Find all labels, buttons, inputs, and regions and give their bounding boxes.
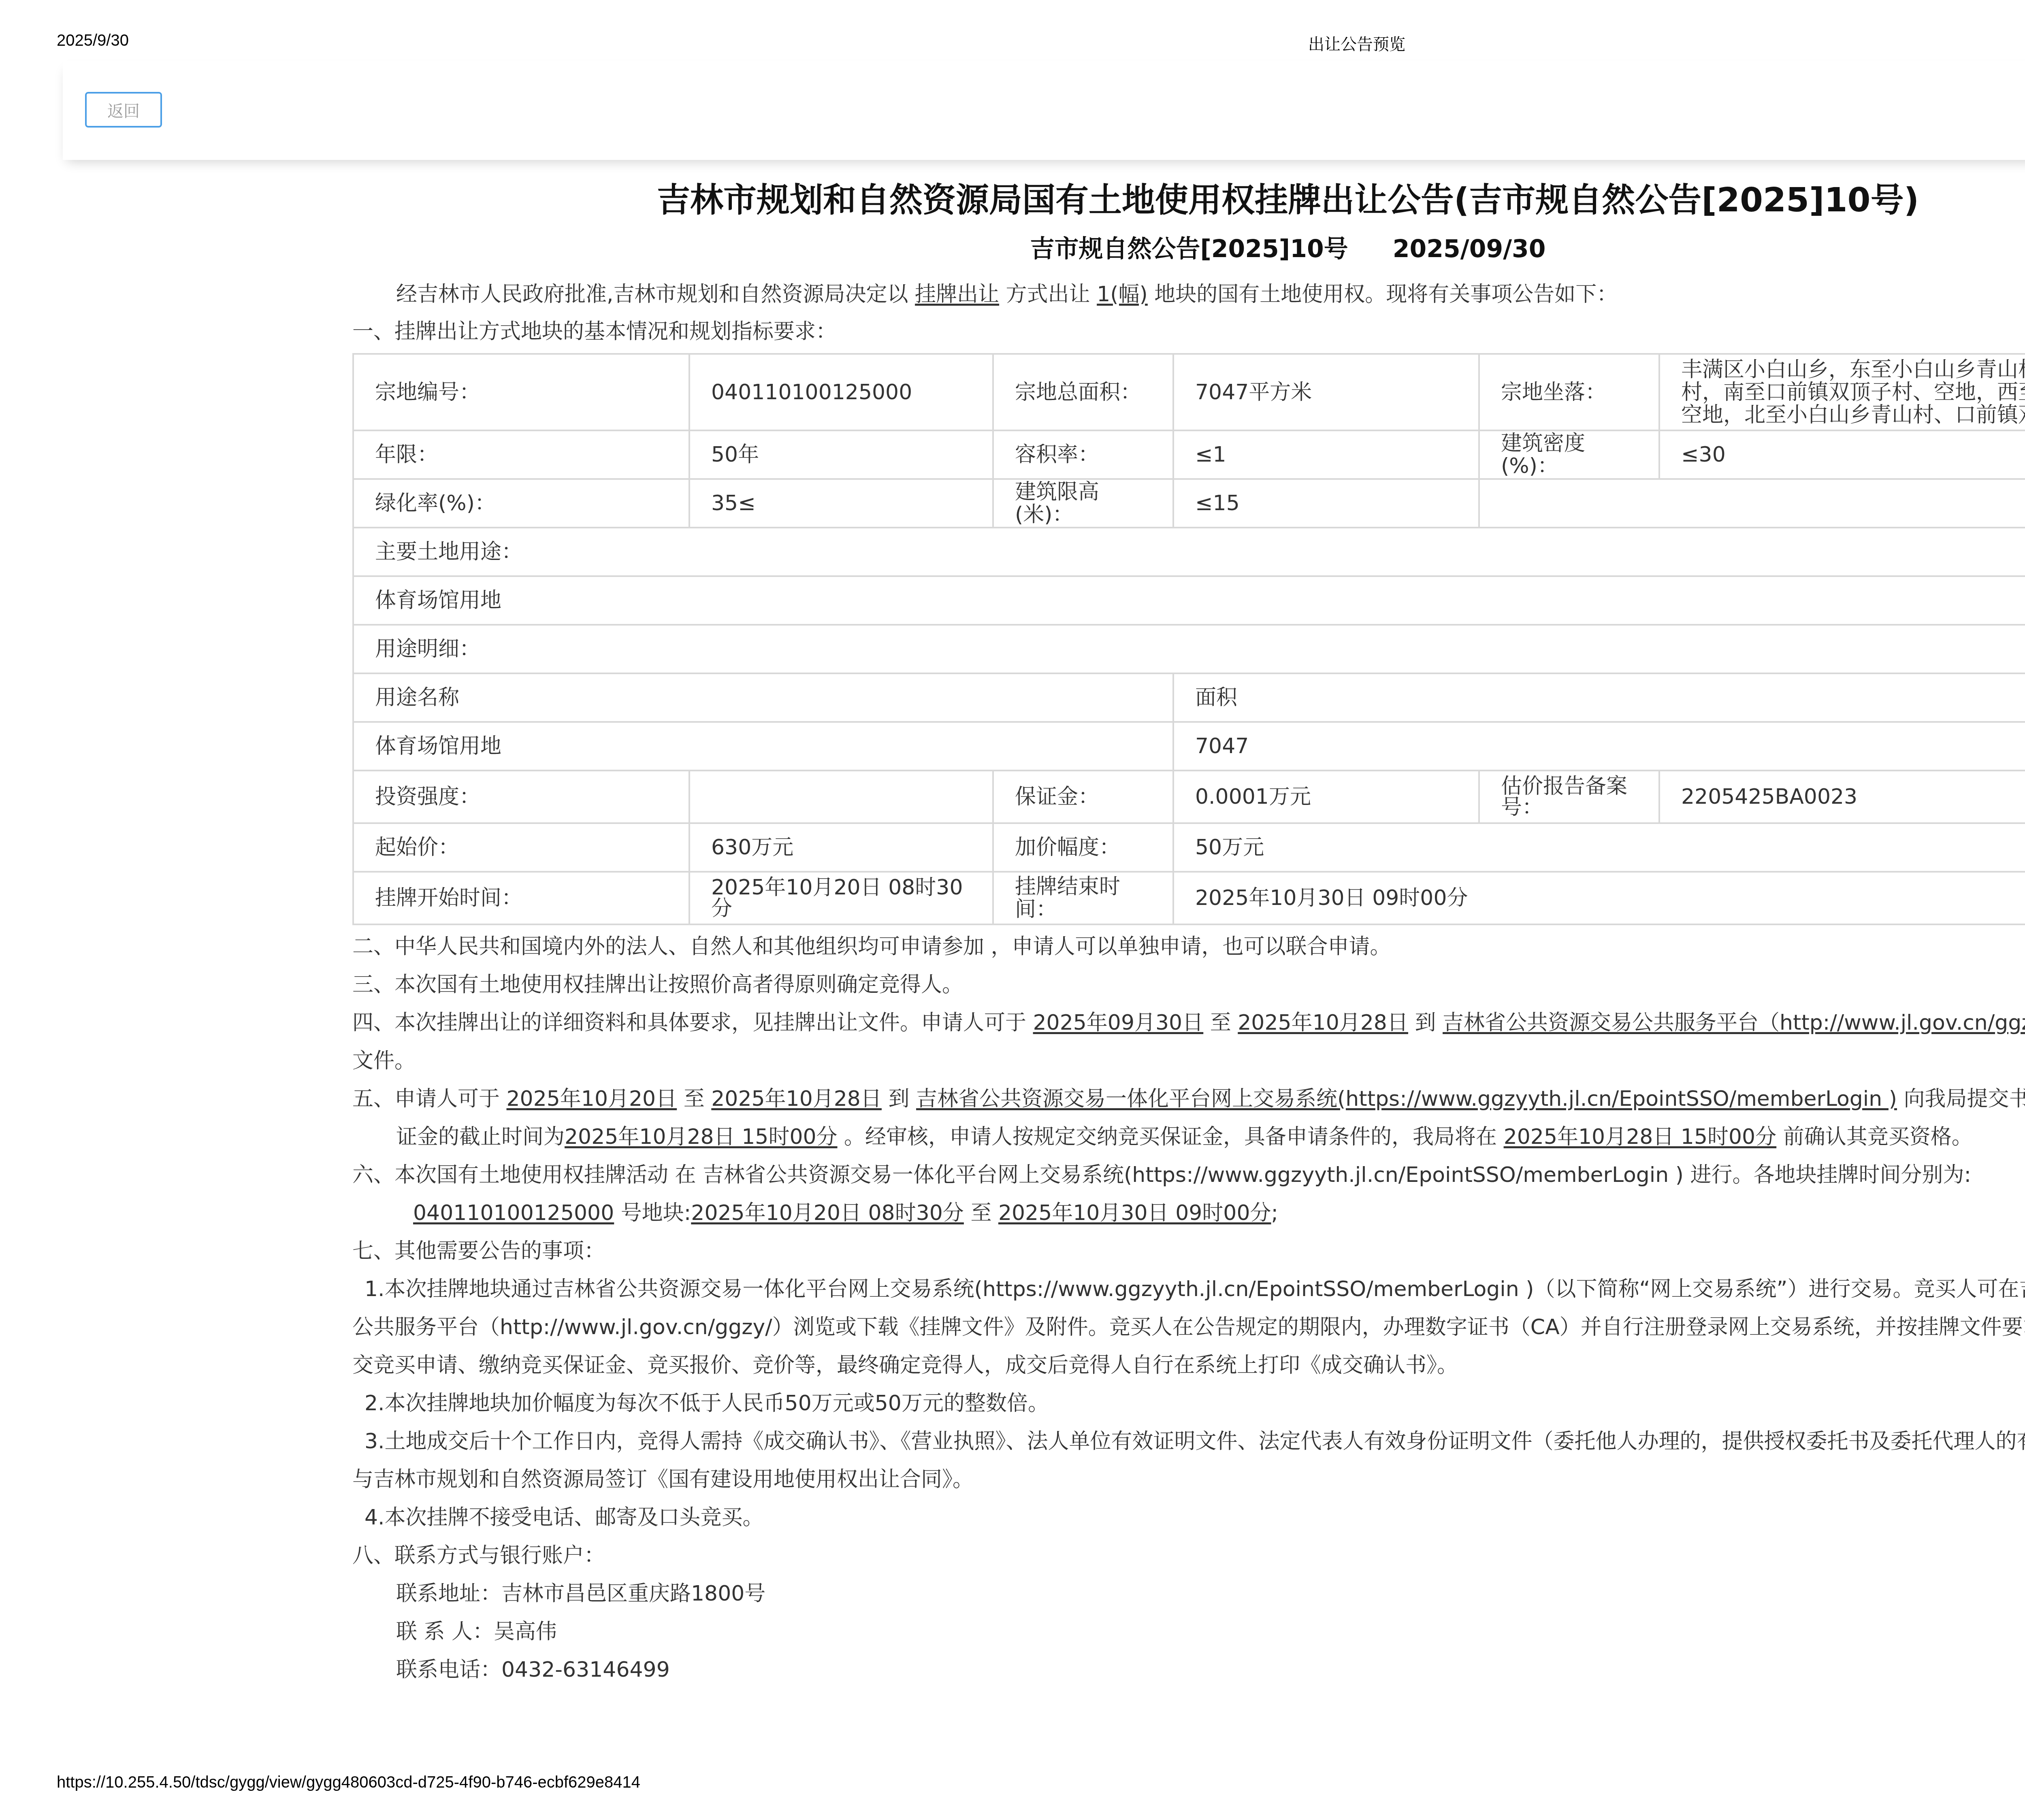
height-label: 建筑限高(米)：: [993, 479, 1173, 528]
term-value: 50年: [689, 430, 993, 479]
qualification-confirm-time: 2025年10月28日 15时00分: [1504, 1125, 1777, 1149]
term-label: 年限：: [353, 430, 689, 479]
intro-paragraph: 经吉林市人民政府批准,吉林市规划和自然资源局决定以 挂牌出让 方式出让 1(幅)…: [352, 275, 2025, 313]
far-value: ≤1: [1173, 430, 1479, 479]
apply-end-date: 2025年10月28日: [711, 1087, 882, 1111]
section-4-text: 到: [1408, 1011, 1443, 1035]
section-5: 五、申请人可于 2025年10月20日 至 2025年10月28日 到 吉林省公…: [352, 1080, 2025, 1156]
table-row: 体育场馆用地 7047: [353, 722, 2025, 771]
listing-start-value: 2025年10月20日 08时30分: [689, 872, 993, 924]
intro-text: 方式出让: [999, 282, 1097, 307]
table-row: 用途名称 面积: [353, 673, 2025, 722]
table-row: 起始价： 630万元 加价幅度： 50万元: [353, 823, 2025, 872]
schedule-text: 至: [964, 1201, 998, 1225]
apply-start-date: 2025年10月20日: [507, 1087, 677, 1111]
parcel-info-table: 宗地编号： 040110100125000 宗地总面积： 7047平方米 宗地坐…: [352, 353, 2025, 925]
announcement-number: 吉市规自然公告[2025]10号: [1030, 235, 1348, 263]
table-row: 绿化率(%)： 35≤ 建筑限高(米)： ≤15: [353, 479, 2025, 528]
contact-phone: 联系电话：0432-63146499: [352, 1651, 2025, 1689]
location-label: 宗地坐落：: [1479, 354, 1659, 430]
density-value: ≤30: [1659, 430, 2025, 479]
section-5-text: 至: [677, 1087, 711, 1111]
appraisal-value: 2205425BA0023: [1659, 771, 2025, 823]
schedule-text: 号地块:: [614, 1201, 691, 1225]
table-row: 年限： 50年 容积率： ≤1 建筑密度(%)： ≤30: [353, 430, 2025, 479]
section-5-text: 五、申请人可于: [352, 1087, 507, 1111]
start-price-value: 630万元: [689, 823, 993, 872]
section-4-text: 四、本次挂牌出让的详细资料和具体要求，见挂牌出让文件。申请人可于: [352, 1011, 1033, 1035]
announcement-date: 2025/09/30: [1393, 235, 1546, 263]
green-label: 绿化率(%)：: [353, 479, 689, 528]
trading-system-link[interactable]: 吉林省公共资源交易一体化平台网上交易系统(https://www.ggzyyth…: [916, 1087, 1897, 1111]
doc-start-date: 2025年09月30日: [1033, 1011, 1204, 1035]
use-area-header: 面积: [1173, 673, 2025, 722]
empty-cell: [1479, 479, 2025, 528]
parcel-no-label: 宗地编号：: [353, 354, 689, 430]
main-use-label: 主要土地用途：: [353, 528, 2025, 576]
listing-start-label: 挂牌开始时间：: [353, 872, 689, 924]
public-service-platform-link[interactable]: 吉林省公共资源交易公共服务平台（http://www.jl.gov.cn/ggz…: [1443, 1011, 2025, 1035]
print-url: https://10.255.4.50/tdsc/gygg/view/gygg4…: [57, 1773, 640, 1792]
start-price-label: 起始价：: [353, 823, 689, 872]
print-page-title: 出让公告预览: [1308, 32, 1405, 55]
listing-end-value: 2025年10月30日 09时00分: [1173, 872, 2025, 924]
invest-label: 投资强度：: [353, 771, 689, 823]
far-label: 容积率：: [993, 430, 1173, 479]
contact-address: 联系地址：吉林市昌邑区重庆路1800号: [352, 1575, 2025, 1613]
density-label: 建筑密度(%)：: [1479, 430, 1659, 479]
deposit-label: 保证金：: [993, 771, 1173, 823]
increment-value: 50万元: [1173, 823, 2025, 872]
parcel-no-value: 040110100125000: [689, 354, 993, 430]
transfer-method-link[interactable]: 挂牌出让: [915, 282, 999, 307]
green-value: 35≤: [689, 479, 993, 528]
section-7-heading: 七、其他需要公告的事项：: [352, 1232, 2025, 1270]
section-2: 二、中华人民共和国境内外的法人、自然人和其他组织均可申请参加 ，申请人可以单独申…: [352, 928, 2025, 966]
area-label: 宗地总面积：: [993, 354, 1173, 430]
use-detail-label: 用途明细：: [353, 625, 2025, 673]
intro-text: 经吉林市人民政府批准,吉林市规划和自然资源局决定以: [396, 282, 915, 307]
increment-label: 加价幅度：: [993, 823, 1173, 872]
section-8-heading: 八、联系方式与银行账户：: [352, 1537, 2025, 1575]
use-name-value: 体育场馆用地: [353, 722, 1173, 771]
section-1-heading: 一、挂牌出让方式地块的基本情况和规划指标要求：: [352, 313, 2025, 350]
schedule-start: 2025年10月20日 08时30分: [691, 1201, 964, 1225]
section-7-item: 1.本次挂牌地块通过吉林省公共资源交易一体化平台网上交易系统(https://w…: [352, 1270, 2025, 1384]
section-5-text: 前确认其竞买资格。: [1776, 1125, 1973, 1149]
contact-person: 联 系 人：吴高伟: [352, 1613, 2025, 1651]
section-5-text: 向我局提交书面申请。交纳竞买保: [1897, 1087, 2025, 1111]
location-value: 丰满区小白山乡，东至小白山乡青山村、口前镇双顶子村，南至口前镇双顶子村、空地，西…: [1659, 354, 2025, 430]
table-row: 体育场馆用地: [353, 576, 2025, 625]
main-use-value: 体育场馆用地: [353, 576, 2025, 625]
section-6: 六、本次国有土地使用权挂牌活动 在 吉林省公共资源交易一体化平台网上交易系统(h…: [352, 1156, 2025, 1194]
table-row: 用途明细：: [353, 625, 2025, 673]
use-area-value: 7047: [1173, 722, 2025, 771]
schedule-text: ;: [1271, 1201, 1278, 1225]
section-6-schedule: 040110100125000 号地块:2025年10月20日 08时30分 至…: [352, 1194, 2025, 1232]
table-row: 宗地编号： 040110100125000 宗地总面积： 7047平方米 宗地坐…: [353, 354, 2025, 430]
intro-text: 地块的国有土地使用权。现将有关事项公告如下：: [1148, 282, 1618, 307]
doc-end-date: 2025年10月28日: [1238, 1011, 1408, 1035]
section-7-item: 3.土地成交后十个工作日内，竞得人需持《成交确认书》、《营业执照》、法人单位有效…: [352, 1422, 2025, 1499]
height-value: ≤15: [1173, 479, 1479, 528]
table-row: 挂牌开始时间： 2025年10月20日 08时30分 挂牌结束时间： 2025年…: [353, 872, 2025, 924]
table-row: 投资强度： 保证金： 0.0001万元 估价报告备案号： 2205425BA00…: [353, 771, 2025, 823]
announcement-subtitle: 吉市规自然公告[2025]10号2025/09/30: [352, 227, 2025, 271]
section-7-item: 4.本次挂牌不接受电话、邮寄及口头竞买。: [352, 1499, 2025, 1537]
section-7-item: 2.本次挂牌地块加价幅度为每次不低于人民币50万元或50万元的整数倍。: [352, 1384, 2025, 1422]
use-name-header: 用途名称: [353, 673, 1173, 722]
deposit-value: 0.0001万元: [1173, 771, 1479, 823]
section-5-text: 证金的截止时间为: [396, 1125, 565, 1149]
deposit-deadline: 2025年10月28日 15时00分: [565, 1125, 838, 1149]
announcement-document: 吉林市规划和自然资源局国有土地使用权挂牌出让公告(吉市规自然公告[2025]10…: [352, 170, 2025, 1689]
invest-value: [689, 771, 993, 823]
section-3: 三、本次国有土地使用权挂牌出让按照价高者得原则确定竞得人。: [352, 966, 2025, 1004]
print-date: 2025/9/30: [57, 32, 129, 50]
parcel-no-link[interactable]: 040110100125000: [413, 1201, 614, 1225]
section-4-text: 至: [1203, 1011, 1238, 1035]
top-bar: 返回 公告预览: [63, 61, 2025, 160]
section-5-text: 到: [882, 1087, 916, 1111]
section-5-text: 。经审核，申请人按规定交纳竞买保证金，具备申请条件的，我局将在: [838, 1125, 1504, 1149]
section-4: 四、本次挂牌出让的详细资料和具体要求，见挂牌出让文件。申请人可于 2025年09…: [352, 1004, 2025, 1080]
schedule-end: 2025年10月30日 09时00分: [998, 1201, 1271, 1225]
parcel-count: 1(幅): [1097, 282, 1148, 307]
announcement-title: 吉林市规划和自然资源局国有土地使用权挂牌出让公告(吉市规自然公告[2025]10…: [352, 174, 2025, 227]
appraisal-label: 估价报告备案号：: [1479, 771, 1659, 823]
table-row: 主要土地用途：: [353, 528, 2025, 576]
area-value: 7047平方米: [1173, 354, 1479, 430]
back-button[interactable]: 返回: [85, 92, 162, 128]
listing-end-label: 挂牌结束时间：: [993, 872, 1173, 924]
